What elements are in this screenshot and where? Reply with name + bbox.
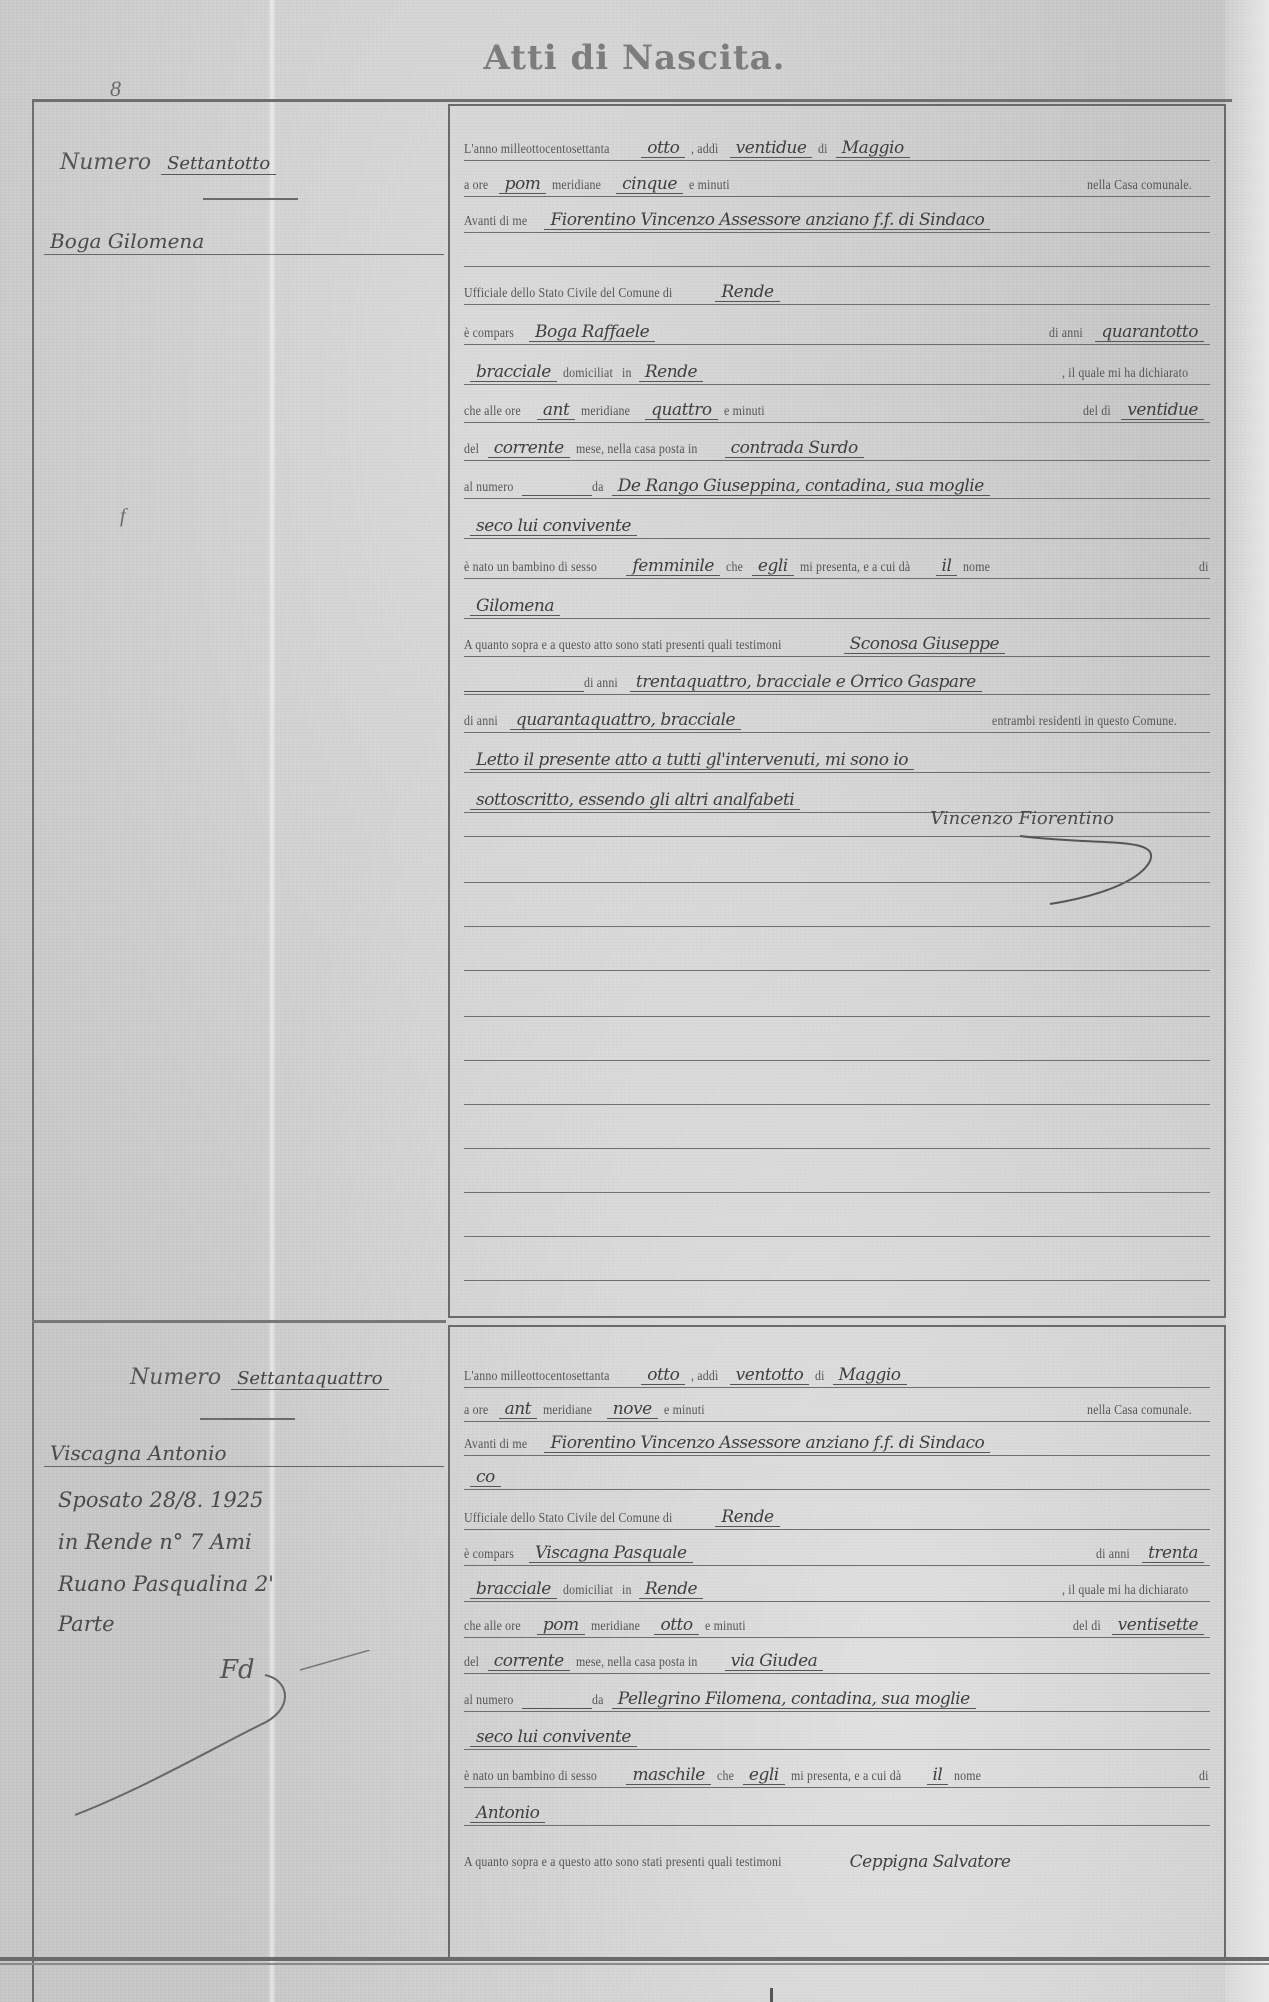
act2-line-hour: a ore ant meridiane nove e minuti nella … xyxy=(464,1389,1210,1422)
printed-text: domiciliat xyxy=(563,366,613,382)
page-margin xyxy=(1225,0,1269,2002)
act1-line-witnesses: A quanto sopra e a questo atto sono stat… xyxy=(464,624,1210,657)
handwritten-month-ref: corrente xyxy=(488,1652,570,1671)
act1-line-residents: di anni quarantaquattro, bracciale entra… xyxy=(464,700,1210,733)
printed-text: del dì xyxy=(1083,404,1111,420)
handwritten-declarant: Boga Raffaele xyxy=(529,323,655,342)
act2-line-declarant: è compars Viscagna Pasquale di anni tren… xyxy=(464,1533,1210,1566)
marginal-note-line: Ruano Pasqualina 2' xyxy=(58,1572,274,1596)
printed-text: a ore xyxy=(464,1403,488,1419)
act1-record: L'anno milleottocentosettanta otto , add… xyxy=(448,104,1226,1318)
printed-text: , addì xyxy=(691,142,718,158)
page-bottom-rule xyxy=(0,1957,1269,1961)
printed-text: è nato un bambino di sesso xyxy=(464,1769,597,1785)
ruled-line xyxy=(464,926,1210,927)
handwritten-comune: Rende xyxy=(715,1508,779,1527)
handwritten-sex: femminile xyxy=(626,557,719,576)
handwritten-closing: Letto il presente atto a tutti gl'interv… xyxy=(470,751,914,770)
ruled-line xyxy=(464,970,1210,971)
printed-text: nome xyxy=(954,1769,981,1785)
printed-text: in xyxy=(622,366,632,382)
printed-text: Ufficiale dello Stato Civile del Comune … xyxy=(464,1511,673,1527)
handwritten-presenter: egli xyxy=(752,557,794,576)
printed-text: mese, nella casa posta in xyxy=(576,442,698,458)
handwritten-town: Rende xyxy=(639,363,703,382)
printed-text: meridiane xyxy=(543,1403,592,1419)
handwritten-cohabiting: seco lui convivente xyxy=(470,517,637,536)
handwritten-officer: Fiorentino Vincenzo Assessore anziano f.… xyxy=(544,211,990,230)
numero-underline xyxy=(200,1418,295,1420)
handwritten-day: ventidue xyxy=(730,139,813,158)
handwritten-age: trenta xyxy=(1142,1544,1204,1563)
printed-text: L'anno milleottocentosettanta xyxy=(464,1369,610,1385)
handwritten-age: quarantotto xyxy=(1095,323,1204,342)
act2-line-cohabiting: seco lui convivente xyxy=(464,1717,1210,1750)
act2-record: L'anno milleottocentosettanta otto , add… xyxy=(448,1325,1226,1957)
handwritten-birth-day: ventidue xyxy=(1121,401,1204,420)
handwritten-article: il xyxy=(927,1766,949,1785)
ruled-line xyxy=(464,1280,1210,1281)
printed-text: di xyxy=(1199,560,1209,576)
act1-line-mother: al numero da De Rango Giuseppina, contad… xyxy=(464,466,1210,499)
act1-line-child-name: Gilomena xyxy=(464,586,1210,619)
printed-text: di anni xyxy=(584,676,618,692)
act1-line-year: L'anno milleottocentosettanta otto , add… xyxy=(464,128,1210,161)
handwritten-declarant: Viscagna Pasquale xyxy=(529,1544,693,1563)
act2-line-birth-time: che alle ore pom meridiane otto e minuti… xyxy=(464,1605,1210,1638)
printed-text: del xyxy=(464,1655,479,1671)
printed-text: di anni xyxy=(464,714,498,730)
handwritten-witness2: trentaquattro, bracciale e Orrico Gaspar… xyxy=(630,673,982,692)
printed-text: del dì xyxy=(1073,1619,1101,1635)
act1-line-birth-time: che alle ore ant meridiane quattro e min… xyxy=(464,390,1210,423)
handwritten-hour: otto xyxy=(654,1616,698,1635)
handwritten-presenter: egli xyxy=(743,1766,785,1785)
handwritten-day: ventotto xyxy=(730,1366,810,1385)
printed-text: che xyxy=(726,560,743,576)
handwritten-witness1: Ceppigna Salvatore xyxy=(844,1853,1017,1871)
printed-text: e minuti xyxy=(705,1619,746,1635)
handwritten-town: Rende xyxy=(639,1580,703,1599)
handwritten-ampm: pom xyxy=(499,175,547,194)
handwritten-continuation: co xyxy=(470,1468,501,1487)
printed-text: entrambi residenti in questo Comune. xyxy=(992,714,1177,730)
act1-line-domicile: bracciale domiciliat in Rende , il quale… xyxy=(464,352,1210,385)
act2-child-name: Viscagna Antonio xyxy=(44,1440,444,1467)
handwritten-ampm: ant xyxy=(499,1400,537,1419)
printed-text: L'anno milleottocentosettanta xyxy=(464,142,610,158)
numero-underline xyxy=(203,198,298,200)
page-title: Atti di Nascita. xyxy=(0,38,1269,78)
handwritten-profession: bracciale xyxy=(470,1580,557,1599)
act1-child-name: Boga Gilomena xyxy=(44,228,444,255)
ruled-line xyxy=(464,882,1210,883)
printed-text: è compars xyxy=(464,326,514,342)
printed-text: del xyxy=(464,442,479,458)
act2-line-mother: al numero da Pellegrino Filomena, contad… xyxy=(464,1679,1210,1712)
printed-text: di xyxy=(1199,1769,1209,1785)
handwritten-ampm: ant xyxy=(537,401,575,420)
handwritten-profession: bracciale xyxy=(470,363,557,382)
handwritten-month-ref: corrente xyxy=(488,439,570,458)
handwritten-officer: Fiorentino Vincenzo Assessore anziano f.… xyxy=(544,1434,990,1453)
printed-text: e minuti xyxy=(724,404,765,420)
act1-line-declarant: è compars Boga Raffaele di anni quaranto… xyxy=(464,312,1210,345)
printed-text: è compars xyxy=(464,1547,514,1563)
ruled-line xyxy=(464,266,1210,267)
printed-text: Avanti di me xyxy=(464,214,527,230)
printed-text: al numero xyxy=(464,480,513,496)
handwritten-year: otto xyxy=(641,1366,685,1385)
handwritten-child-name: Gilomena xyxy=(470,597,560,616)
printed-text: Ufficiale dello Stato Civile del Comune … xyxy=(464,286,673,302)
ruled-line xyxy=(464,1060,1210,1061)
act2-line-domicile: bracciale domiciliat in Rende , il quale… xyxy=(464,1569,1210,1602)
signature-flourish-icon xyxy=(1010,826,1180,906)
printed-text: che alle ore xyxy=(464,404,521,420)
printed-text: nella Casa comunale. xyxy=(1087,1403,1192,1419)
printed-text: meridiane xyxy=(591,1619,640,1635)
margin-mark: f xyxy=(120,505,126,528)
numero-label: Numero xyxy=(130,1365,221,1390)
printed-text: meridiane xyxy=(581,404,630,420)
handwritten-child-name: Antonio xyxy=(470,1804,545,1823)
handwritten-sex: maschile xyxy=(626,1766,710,1785)
printed-text: di xyxy=(815,1369,825,1385)
act2-line-comune: Ufficiale dello Stato Civile del Comune … xyxy=(464,1497,1210,1530)
printed-text: nella Casa comunale. xyxy=(1087,178,1192,194)
handwritten-hour: cinque xyxy=(616,175,683,194)
printed-text: A quanto sopra e a questo atto sono stat… xyxy=(464,638,782,654)
act2-line-house: del corrente mese, nella casa posta in v… xyxy=(464,1641,1210,1674)
handwritten-comune: Rende xyxy=(715,283,779,302)
printed-text: che alle ore xyxy=(464,1619,521,1635)
handwritten-mother: Pellegrino Filomena, contadina, sua mogl… xyxy=(612,1690,976,1709)
act2-line-officer-cont: co xyxy=(464,1457,1210,1490)
ruled-line xyxy=(464,1104,1210,1105)
handwritten-month: Maggio xyxy=(836,139,910,158)
left-column-divider xyxy=(32,1320,446,1323)
act2-line-officer: Avanti di me Fiorentino Vincenzo Assesso… xyxy=(464,1423,1210,1456)
initials-flourish-icon xyxy=(60,1650,380,1820)
ruled-line xyxy=(464,1016,1210,1017)
handwritten-year: otto xyxy=(641,139,685,158)
marginal-note-line: Parte xyxy=(58,1612,115,1636)
act2-line-child-name: Antonio xyxy=(464,1793,1210,1826)
marginal-note-line: Sposato 28/8. 1925 xyxy=(58,1488,263,1512)
act1-line-witness-age: di anni trentaquattro, bracciale e Orric… xyxy=(464,662,1210,695)
printed-text: e minuti xyxy=(664,1403,705,1419)
ruled-line xyxy=(464,1148,1210,1149)
handwritten-ampm: pom xyxy=(537,1616,585,1635)
act1-line-cohabiting: seco lui convivente xyxy=(464,506,1210,539)
handwritten-hour: nove xyxy=(607,1400,658,1419)
printed-text: , il quale mi ha dichiarato xyxy=(1062,1583,1188,1599)
printed-text: di xyxy=(818,142,828,158)
printed-text: da xyxy=(592,1693,604,1709)
handwritten-article: il xyxy=(936,557,958,576)
printed-text: domiciliat xyxy=(563,1583,613,1599)
printed-text: mi presenta, e a cui dà xyxy=(791,1769,901,1785)
handwritten-month: Maggio xyxy=(833,1366,907,1385)
printed-text: mi presenta, e a cui dà xyxy=(800,560,910,576)
act2-line-year: L'anno milleottocentosettanta otto , add… xyxy=(464,1355,1210,1388)
act1-line-comune: Ufficiale dello Stato Civile del Comune … xyxy=(464,272,1210,305)
act1-line-sex: è nato un bambino di sesso femminile che… xyxy=(464,546,1210,579)
page-bottom-rule-secondary xyxy=(0,1963,1269,1965)
handwritten-witness1: Sconosa Giuseppe xyxy=(844,635,1005,654)
handwritten-witness2-age: quarantaquattro, bracciale xyxy=(510,711,741,730)
printed-text: A quanto sopra e a questo atto sono stat… xyxy=(464,1855,782,1871)
printed-text: mese, nella casa posta in xyxy=(576,1655,698,1671)
printed-text: e minuti xyxy=(689,178,730,194)
page-tick-mark xyxy=(770,1988,773,2002)
printed-text: di anni xyxy=(1096,1547,1130,1563)
handwritten-hour: quattro xyxy=(645,401,718,420)
numero-value: Settantotto xyxy=(161,153,276,175)
act1-line-officer: Avanti di me Fiorentino Vincenzo Assesso… xyxy=(464,200,1210,233)
act1-line-house: del corrente mese, nella casa posta in c… xyxy=(464,428,1210,461)
marginal-note-line: in Rende n° 7 Ami xyxy=(58,1530,252,1554)
handwritten-address: via Giudea xyxy=(725,1652,824,1671)
printed-text: nome xyxy=(963,560,990,576)
printed-text: in xyxy=(622,1583,632,1599)
printed-text: Avanti di me xyxy=(464,1437,527,1453)
printed-text: al numero xyxy=(464,1693,513,1709)
act2-line-sex: è nato un bambino di sesso maschile che … xyxy=(464,1755,1210,1788)
ruled-line xyxy=(464,1236,1210,1237)
ruled-line xyxy=(464,1192,1210,1193)
printed-text: , il quale mi ha dichiarato xyxy=(1062,366,1188,382)
numero-label: Numero xyxy=(60,150,151,175)
handwritten-cohabiting: seco lui convivente xyxy=(470,1728,637,1747)
handwritten-closing: sottoscritto, essendo gli altri analfabe… xyxy=(470,791,800,810)
act1-line-closing1: Letto il presente atto a tutti gl'interv… xyxy=(464,740,1210,773)
printed-text: meridiane xyxy=(552,178,601,194)
printed-text: che xyxy=(717,1769,734,1785)
printed-text: a ore xyxy=(464,178,488,194)
act1-numero: Numero Settantotto xyxy=(60,150,440,175)
handwritten-address: contrada Surdo xyxy=(725,439,864,458)
act1-line-hour: a ore pom meridiane cinque e minuti nell… xyxy=(464,164,1210,197)
printed-text: da xyxy=(592,480,604,496)
printed-text: , addì xyxy=(691,1369,718,1385)
act2-line-witnesses: A quanto sopra e a questo atto sono stat… xyxy=(464,1841,1210,1873)
handwritten-birth-day: ventisette xyxy=(1112,1616,1204,1635)
numero-value: Settantaquattro xyxy=(231,1368,389,1390)
printed-text: di anni xyxy=(1049,326,1083,342)
printed-text: è nato un bambino di sesso xyxy=(464,560,597,576)
handwritten-mother: De Rango Giuseppina, contadina, sua mogl… xyxy=(612,477,990,496)
